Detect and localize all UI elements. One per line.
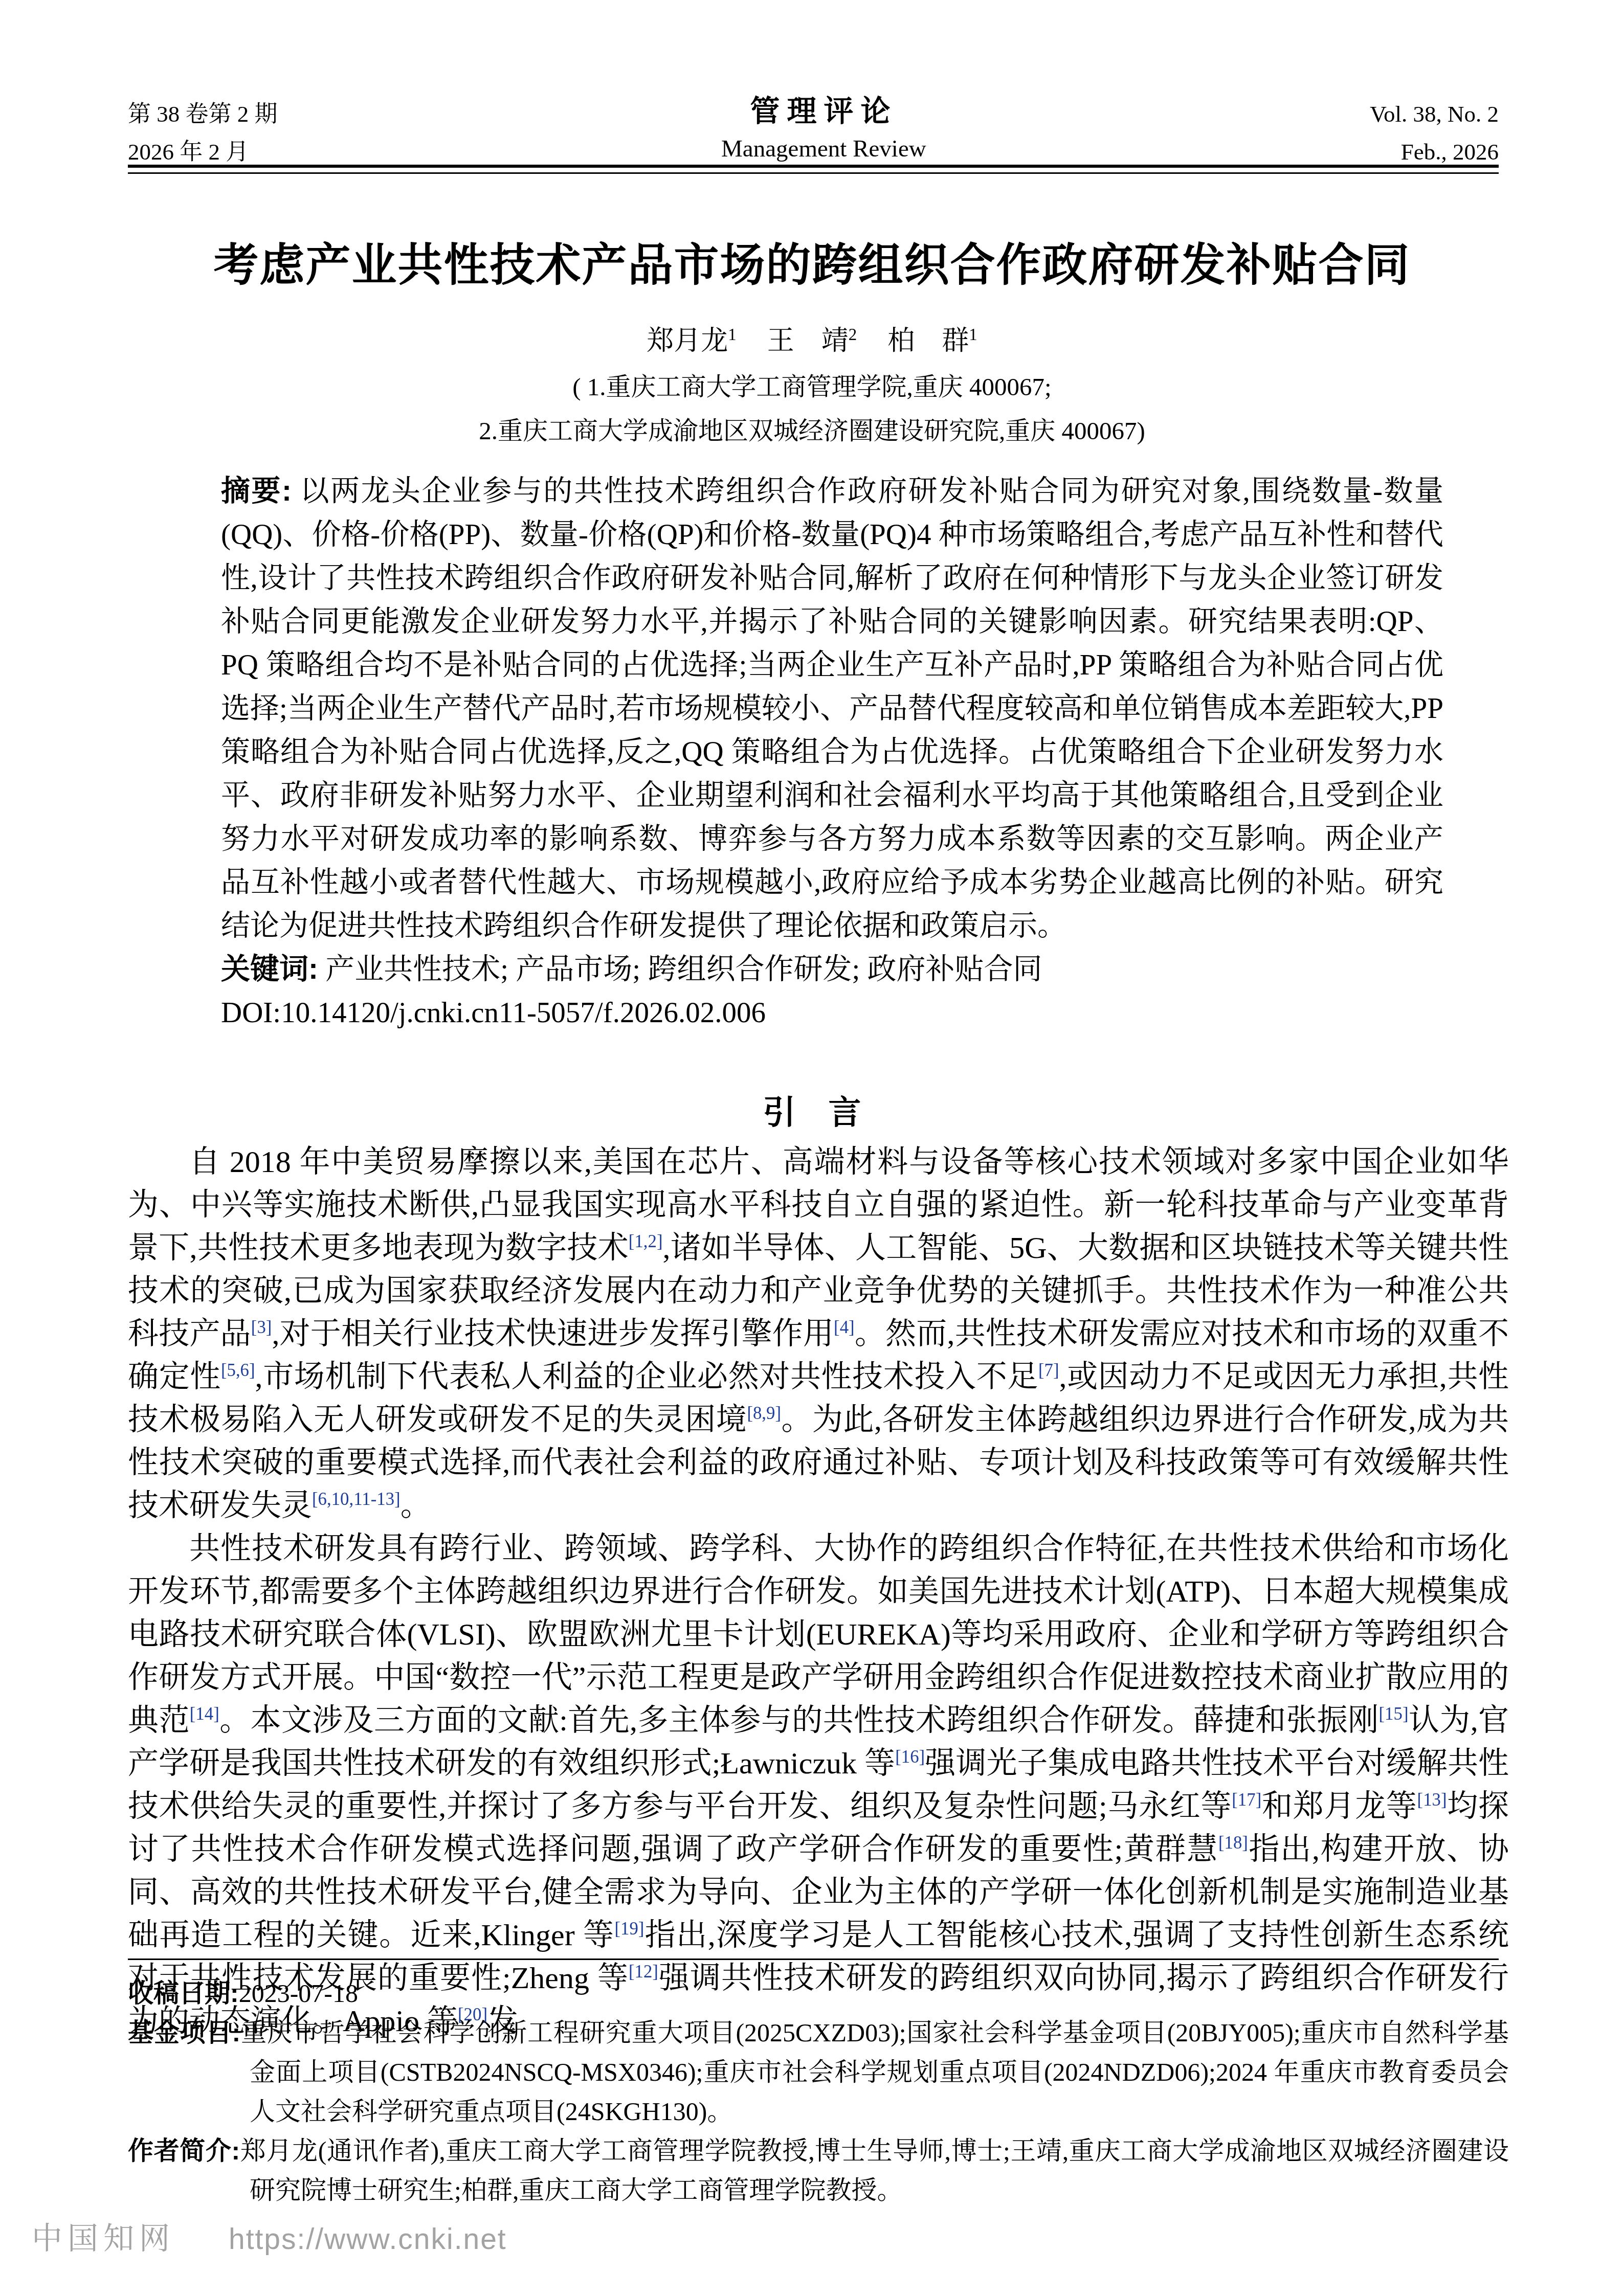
author-3: 柏 群1 — [887, 326, 977, 356]
footnote-block: 收稿日期:2023-07-18 基金项目:重庆市哲学社会科学创新工程研究重大项目… — [128, 1974, 1509, 2210]
article-body: 自 2018 年中美贸易摩擦以来,美国在芯片、高端材料与设备等核心技术领域对多家… — [128, 1140, 1509, 2042]
abstract-block: 摘要: 以两龙头企业参与的共性技术跨组织合作政府研发补贴合同为研究对象,围绕数量… — [221, 469, 1443, 1034]
header-divider-thin — [128, 172, 1499, 174]
abstract-paragraph: 摘要: 以两龙头企业参与的共性技术跨组织合作政府研发补贴合同为研究对象,围绕数量… — [221, 469, 1443, 948]
received-date-value: 2023-07-18 — [239, 1979, 358, 2008]
citation-ref: [13] — [1417, 1790, 1447, 1810]
header-divider-thick — [128, 165, 1499, 168]
citation-ref: [17] — [1232, 1790, 1261, 1810]
keywords-line: 关键词: 产业共性技术; 产品市场; 跨组织合作研发; 政府补贴合同 — [221, 948, 1443, 991]
citation-ref: [15] — [1379, 1704, 1409, 1724]
citation-ref: [5,6] — [221, 1360, 255, 1380]
citation-ref: [16] — [895, 1747, 925, 1767]
keywords-text: 产业共性技术; 产品市场; 跨组织合作研发; 政府补贴合同 — [325, 953, 1042, 985]
funding-label: 基金项目: — [128, 2018, 240, 2047]
affiliation-2: 2.重庆工商大学成渝地区双城经济圈建设研究院,重庆 400067) — [0, 409, 1624, 453]
citation-ref: [7] — [1038, 1360, 1059, 1380]
abstract-text: 以两龙头企业参与的共性技术跨组织合作政府研发补贴合同为研究对象,围绕数量-数量(… — [221, 475, 1443, 942]
citation-ref: [18] — [1218, 1833, 1248, 1853]
received-date-line: 收稿日期:2023-07-18 — [128, 1974, 1509, 2013]
author-line: 郑月龙1王 靖2柏 群1 — [0, 319, 1624, 358]
author-bio-line: 作者简介:郑月龙(通讯作者),重庆工商大学工商管理学院教授,博士生导师,博士;王… — [128, 2131, 1509, 2210]
citation-ref: [3] — [251, 1317, 272, 1337]
affiliations: ( 1.重庆工商大学工商管理学院,重庆 400067; 2.重庆工商大学成渝地区… — [0, 365, 1624, 453]
received-date-label: 收稿日期: — [128, 1979, 239, 2008]
author-1: 郑月龙1 — [647, 326, 737, 356]
cnki-watermark: 中国知网 https://www.cnki.net — [32, 2214, 507, 2258]
author-bio-label: 作者简介: — [128, 2136, 240, 2165]
journal-name-cn: 管理评论 — [721, 95, 926, 128]
author-bio-text: 郑月龙(通讯作者),重庆工商大学工商管理学院教授,博士生导师,博士;王靖,重庆工… — [240, 2136, 1509, 2204]
cnki-logo: 中国知网 — [32, 2214, 175, 2258]
footnote-divider — [128, 1959, 1499, 1960]
author-1-affiliation-mark: 1 — [728, 326, 737, 344]
issue-info-en: Vol. 38, No. 2 Feb., 2026 — [1370, 95, 1499, 171]
keywords-label: 关键词: — [221, 953, 318, 985]
affiliation-1: ( 1.重庆工商大学工商管理学院,重庆 400067; — [0, 365, 1624, 409]
journal-page: 第 38 卷第 2 期 2026 年 2 月 管理评论 Management R… — [0, 0, 1624, 2296]
citation-ref: [14] — [190, 1704, 219, 1724]
article-title: 考虑产业共性技术产品市场的跨组织合作政府研发补贴合同 — [61, 229, 1563, 294]
volume-issue-en: Vol. 38, No. 2 — [1370, 95, 1499, 133]
citation-ref: [4] — [834, 1317, 855, 1337]
issue-info: 第 38 卷第 2 期 2026 年 2 月 — [128, 95, 278, 171]
citation-ref: [6,10,11-13] — [312, 1489, 401, 1509]
funding-text: 重庆市哲学社会科学创新工程研究重大项目(2025CXZD03);国家社会科学基金… — [240, 2018, 1509, 2126]
citation-ref: [1,2] — [629, 1231, 663, 1251]
citation-ref: [8,9] — [747, 1403, 781, 1423]
author-2-affiliation-mark: 2 — [849, 326, 857, 344]
citation-ref: [19] — [614, 1919, 644, 1939]
funding-line: 基金项目:重庆市哲学社会科学创新工程研究重大项目(2025CXZD03);国家社… — [128, 2013, 1509, 2131]
doi-line: DOI:10.14120/j.cnki.cn11-5057/f.2026.02.… — [221, 991, 1443, 1034]
journal-name: 管理评论 Management Review — [721, 95, 926, 170]
author-3-affiliation-mark: 1 — [969, 326, 977, 344]
abstract-label: 摘要: — [221, 475, 292, 507]
cnki-url: https://www.cnki.net — [229, 2222, 507, 2256]
journal-name-en: Management Review — [721, 128, 926, 170]
section-heading-introduction: 引 言 — [0, 1086, 1624, 1133]
page-header: 第 38 卷第 2 期 2026 年 2 月 管理评论 Management R… — [128, 95, 1499, 171]
volume-issue: 第 38 卷第 2 期 — [128, 95, 278, 133]
body-paragraph-1: 自 2018 年中美贸易摩擦以来,美国在芯片、高端材料与设备等核心技术领域对多家… — [128, 1140, 1509, 1527]
body-paragraph-2: 共性技术研发具有跨行业、跨领域、跨学科、大协作的跨组织合作特征,在共性技术供给和… — [128, 1527, 1509, 2042]
author-2: 王 靖2 — [767, 326, 857, 356]
